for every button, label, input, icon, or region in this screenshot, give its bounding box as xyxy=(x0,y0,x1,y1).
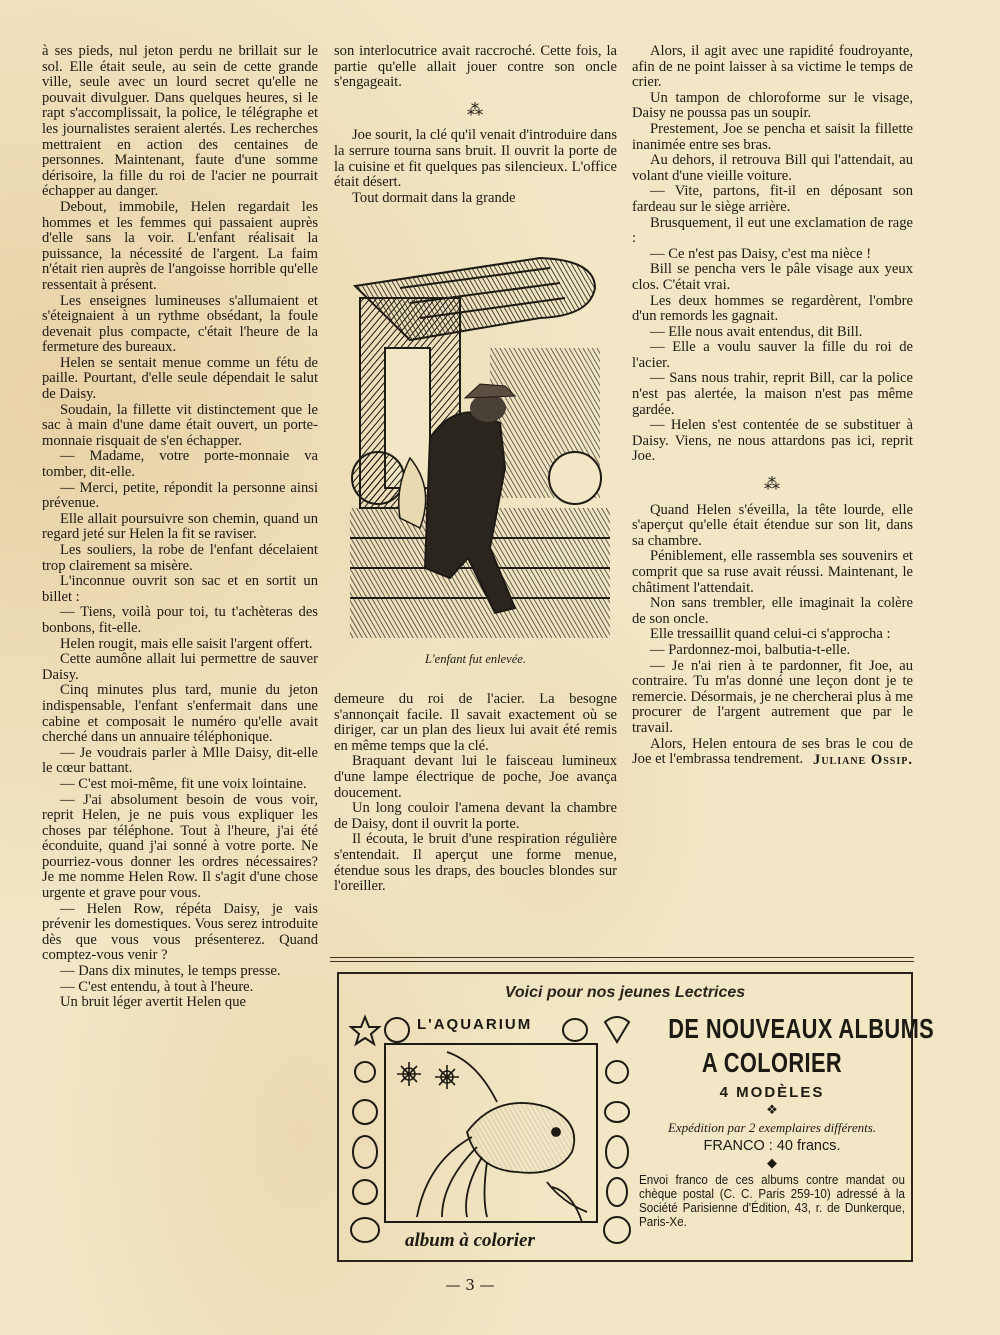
paragraph: Helen se sentait menue comme un fétu de … xyxy=(42,356,318,403)
paragraph: Elle allait poursuivre son chemin, quand… xyxy=(42,512,318,543)
ad-models-count: 4 MODÈLES xyxy=(639,1084,905,1101)
paragraph: — Je n'ai rien à te pardonner, fit Joe, … xyxy=(632,659,913,737)
ad-price: FRANCO : 40 francs. xyxy=(639,1138,905,1154)
ad-album-cover: L'AQUARIUM album à colorier xyxy=(347,1012,637,1257)
album-title: L'AQUARIUM xyxy=(417,1016,532,1033)
separator-rule xyxy=(330,957,914,958)
paragraph: Non sans trembler, elle imaginait la col… xyxy=(632,596,913,627)
paragraph: Au dehors, il retrouva Bill qui l'attend… xyxy=(632,153,913,184)
ad-order-info: Envoi franco de ces albums contre mandat… xyxy=(639,1173,905,1229)
ad-heading: Voici pour nos jeunes Lectrices xyxy=(339,984,911,1002)
paragraph: — Dans dix minutes, le temps presse. xyxy=(42,964,318,980)
paragraph: — C'est moi-même, fit une voix lointaine… xyxy=(42,777,318,793)
paragraph: — Elle nous avait entendus, dit Bill. xyxy=(632,325,913,341)
ornament-icon: ❖ xyxy=(639,1103,905,1118)
paragraph: L'inconnue ouvrit son sac et en sortit u… xyxy=(42,574,318,605)
paragraph: — Helen Row, répéta Daisy, je vais préve… xyxy=(42,902,318,964)
paragraph: son interlocutrice avait raccroché. Cett… xyxy=(334,44,617,91)
paragraph: Helen rougit, mais elle saisit l'argent … xyxy=(42,637,318,653)
paragraph: — J'ai absolument besoin de vous voir, r… xyxy=(42,793,318,902)
paragraph: Tout dormait dans la grande xyxy=(334,191,617,207)
paragraph: — Ce n'est pas Daisy, c'est ma nièce ! xyxy=(632,247,913,263)
paragraph: — Tiens, voilà pour toi, tu t'achèteras … xyxy=(42,605,318,636)
page-number: — 3 — xyxy=(430,1276,510,1294)
paragraph: Bill se pencha vers le pâle visage aux y… xyxy=(632,262,913,293)
ad-text-block: DE NOUVEAUX ALBUMS A COLORIER 4 MODÈLES … xyxy=(639,1012,905,1229)
paragraph: Soudain, la fillette vit distinctement q… xyxy=(42,403,318,450)
paragraph: — Je voudrais parler à Mlle Daisy, dit-e… xyxy=(42,746,318,777)
ad-expedition-info: Expédition par 2 exemplaires différents. xyxy=(639,1120,905,1136)
paragraph: Péniblement, elle rassembla ses souvenir… xyxy=(632,549,913,596)
paragraph: Prestement, Joe se pencha et saisit la f… xyxy=(632,122,913,153)
paragraph: Alors, il agit avec une rapidité foudroy… xyxy=(632,44,913,91)
paragraph: — Elle a voulu sauver la fille du roi de… xyxy=(632,340,913,371)
article-column-2-bottom: demeure du roi de l'acier. La besogne s'… xyxy=(334,692,617,895)
paragraph: Les deux hommes se regardèrent, l'ombre … xyxy=(632,294,913,325)
illustration-caption: L'enfant fut enlevée. xyxy=(334,652,617,667)
story-illustration xyxy=(340,248,620,646)
paragraph: Cinq minutes plus tard, munie du jeton i… xyxy=(42,683,318,745)
section-break-asterism: ⁂ xyxy=(632,477,913,493)
article-column-1: à ses pieds, nul jeton perdu ne brillait… xyxy=(42,44,318,1011)
paragraph: Elle tressaillit quand celui-ci s'approc… xyxy=(632,627,913,643)
aquarium-fish-illustration xyxy=(347,1012,637,1257)
separator-rule xyxy=(330,961,914,962)
coloring-album-advertisement: Voici pour nos jeunes Lectrices xyxy=(337,972,913,1262)
paragraph: Un bruit léger avertit Helen que xyxy=(42,995,318,1011)
paragraph: — Vite, partons, fit-il en déposant son … xyxy=(632,184,913,215)
paragraph: — Madame, votre porte-monnaie va tomber,… xyxy=(42,449,318,480)
paragraph: Il écouta, le bruit d'une respiration ré… xyxy=(334,832,617,894)
album-label: album à colorier xyxy=(405,1230,535,1252)
paragraph: Un long couloir l'amena devant la chambr… xyxy=(334,801,617,832)
paragraph: — Pardonnez-moi, balbutia-t-elle. xyxy=(632,643,913,659)
paragraph: Braquant devant lui le faisceau lumineux… xyxy=(334,754,617,801)
ad-headline-line2: A COLORIER xyxy=(668,1046,875,1080)
paragraph: Les souliers, la robe de l'enfant décela… xyxy=(42,543,318,574)
paragraph: — Helen s'est contentée de se substituer… xyxy=(632,418,913,465)
paragraph: à ses pieds, nul jeton perdu ne brillait… xyxy=(42,44,318,200)
section-break-asterism: ⁂ xyxy=(334,103,617,119)
paragraph: — Sans nous trahir, reprit Bill, car la … xyxy=(632,371,913,418)
article-column-3: Alors, il agit avec une rapidité foudroy… xyxy=(632,44,913,768)
diamond-ornament-icon: ◆ xyxy=(639,1156,905,1171)
paragraph: Joe sourit, la clé qu'il venait d'introd… xyxy=(334,128,617,190)
paragraph: Debout, immobile, Helen regardait les ho… xyxy=(42,200,318,294)
paragraph: Brusquement, il eut une exclamation de r… xyxy=(632,216,913,247)
paragraph: Les enseignes lumineuses s'allumaient et… xyxy=(42,294,318,356)
illustration-man-carrying-child xyxy=(340,248,620,646)
paragraph: — C'est entendu, à tout à l'heure. xyxy=(42,980,318,996)
paragraph: Quand Helen s'éveilla, la tête lourde, e… xyxy=(632,503,913,550)
ad-headline-line1: DE NOUVEAUX ALBUMS xyxy=(668,1012,875,1046)
paragraph: demeure du roi de l'acier. La besogne s'… xyxy=(334,692,617,754)
paragraph: Cette aumône allait lui permettre de sau… xyxy=(42,652,318,683)
article-column-2-top: son interlocutrice avait raccroché. Cett… xyxy=(334,44,617,206)
starfish-icon xyxy=(351,1017,379,1044)
paragraph: — Merci, petite, répondit la personne ai… xyxy=(42,481,318,512)
paragraph: Un tampon de chloroforme sur le visage, … xyxy=(632,91,913,122)
